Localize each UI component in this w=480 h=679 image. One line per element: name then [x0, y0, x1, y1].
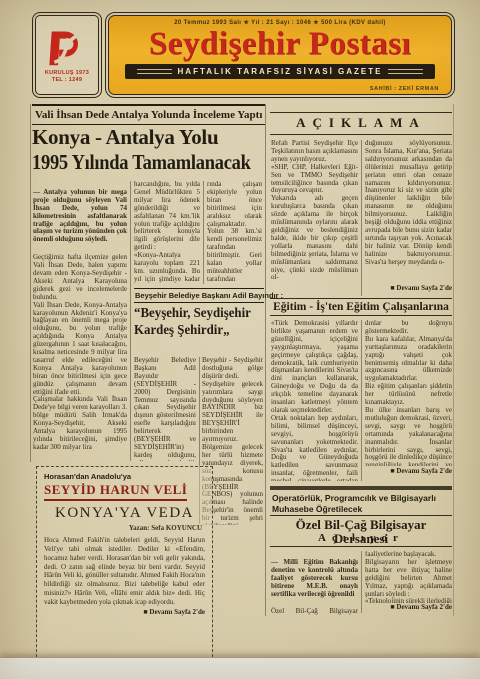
- aciklama-continued-note: ■ Devamı Sayfa 2'de: [365, 285, 452, 293]
- logo-monogram-icon: [45, 26, 89, 70]
- beysehir-headline-line2: Kardeş Şehirdir„: [134, 322, 253, 339]
- section-rule: [270, 298, 452, 299]
- seyyid-kicker: Horasan'dan Anadolu'ya: [44, 472, 205, 481]
- egitim-title: Eğitim - İş'ten Eğitim Çalışanlarına: [270, 301, 452, 314]
- lead-headline-line2: 1995 Yılında Tamamlanacak: [32, 150, 235, 175]
- bilcag-column-1: — Milli Eğitim Bakanlığı denetim ve kont…: [271, 551, 358, 615]
- newspaper-page: KURULUŞ 1973 TEL : 1249 20 Temmuz 1993 S…: [0, 0, 480, 679]
- bilcag-column-1-text: Özel Bil-Çağ Bilgisayar Dershanesi açılı…: [271, 608, 358, 615]
- column-rule: [130, 181, 131, 461]
- lead-headline-line1: Konya - Antalya Yolu: [32, 125, 263, 150]
- bilcag-headline-line2: Açılıyor: [270, 532, 452, 544]
- lead-column-1: — Antalya yolunun bir mega proje olduğun…: [33, 181, 127, 462]
- egitim-column-2: dınlar bu doğruyu göstermektedir. Bu kar…: [365, 320, 452, 466]
- beysehir-headline-line1: “Beyşehir, Seydişehir: [134, 305, 253, 322]
- bilcag-column-2: faaliyetlerine başlayacak. Bilgisayarın …: [365, 551, 452, 603]
- tagline-text: HAFTALIK TARAFSIZ SİYASİ GAZETE: [178, 68, 383, 76]
- lead-intro-bold: — Antalya yolunun bir mega proje olduğun…: [33, 189, 127, 244]
- lead-column-3: rında çalışan ekipleriyle yolun biran ön…: [207, 181, 262, 284]
- column-rule: [361, 140, 362, 296]
- column-rule: [361, 320, 362, 481]
- section-rule: [270, 546, 452, 547]
- aciklama-column-2: duğunuzu söylüyorsunuz. Sonra İslama, Ku…: [365, 140, 452, 283]
- section-rule: [270, 134, 452, 135]
- aciklama-title: AÇIKLAMA: [270, 116, 452, 130]
- tagline-rule-left: [137, 69, 172, 74]
- seyyid-title: SEYYİD HARUN VELİ: [44, 483, 187, 501]
- bilcag-intro-bold: — Milli Eğitim Bakanlığı denetim ve kont…: [271, 559, 358, 599]
- scanner-bed-edge: [0, 657, 480, 679]
- seyyid-headline: KONYA'YA VEDA: [44, 504, 205, 522]
- lead-column-2: harcandığını, bu yılda Genel Müdürlükten…: [134, 181, 200, 284]
- seyyid-body: Hoca Ahmed Fakih'in talebeleri geldi, Se…: [44, 536, 205, 606]
- bilcag-kicker-line1: Operatörlük, Programcılık ve Bilgisayarl…: [272, 493, 453, 504]
- masthead: 20 Temmuz 1993 Salı ★ Yıl : 21 Sayı : 10…: [108, 15, 452, 95]
- column-rule: [203, 181, 204, 284]
- newspaper-title: Seydişehir Postası: [109, 28, 451, 61]
- lead-headline: Konya - Antalya Yolu 1995 Yılında Tamaml…: [32, 125, 263, 175]
- beysehir-headline: “Beyşehir, Seydişehir Kardeş Şehirdir„: [134, 305, 263, 339]
- seyyid-continued-note: ■ Devamı Sayfa 2'de: [44, 609, 205, 617]
- tagline-bar: HAFTALIK TARAFSIZ SİYASİ GAZETE: [125, 64, 435, 79]
- lead-kicker: Vali İhsan Dede Antalya Yolunda İnceleme…: [32, 104, 265, 125]
- egitim-continued-note: ■ Devamı Sayfa 2'de: [365, 468, 452, 476]
- beysehir-column-1: Beyşehir Belediye Başkanı Adil Bayındır …: [134, 357, 196, 461]
- aciklama-column-1: Refah Partisi Seydişehir İlçe Teşkilatın…: [271, 140, 358, 296]
- seyyid-byline: Yazan: Sefa KOYUNCU: [44, 524, 202, 532]
- center-divider-rule: [265, 104, 266, 616]
- section-rule: [270, 315, 452, 316]
- left-margin-rule: [30, 104, 31, 462]
- beysehir-kicker: Beyşehir Belediye Başkanı Adil Bayındır …: [134, 288, 264, 303]
- masthead-tel: TEL : 1249: [52, 77, 82, 84]
- lead-column-1-text: Geçtiğimiz hafta ilçemize gelen Vali İhs…: [33, 254, 127, 452]
- seyyid-article-box: Horasan'dan Anadolu'ya SEYYİD HARUN VELİ…: [36, 466, 213, 667]
- right-margin-rule: [453, 104, 454, 616]
- column-rule: [361, 551, 362, 613]
- bilcag-continued-note: ■ Devamı Sayfa 2'de: [365, 604, 452, 612]
- section-rule: [270, 112, 452, 113]
- section-rule: [270, 515, 452, 516]
- egitim-column-1: «Türk Demokrasisi yıllardır birlikte yaş…: [271, 320, 358, 481]
- bilcag-kicker: Operatörlük, Programcılık ve Bilgisayarl…: [272, 493, 453, 516]
- tagline-rule-right: [388, 69, 423, 74]
- section-rule-thick: [270, 486, 452, 490]
- masthead-founded: KURULUŞ 1973: [45, 70, 89, 77]
- masthead-logo-box: KURULUŞ 1973 TEL : 1249: [35, 15, 99, 95]
- owner-note: SAHİBİ : ZEKİ ERMAN: [370, 87, 439, 93]
